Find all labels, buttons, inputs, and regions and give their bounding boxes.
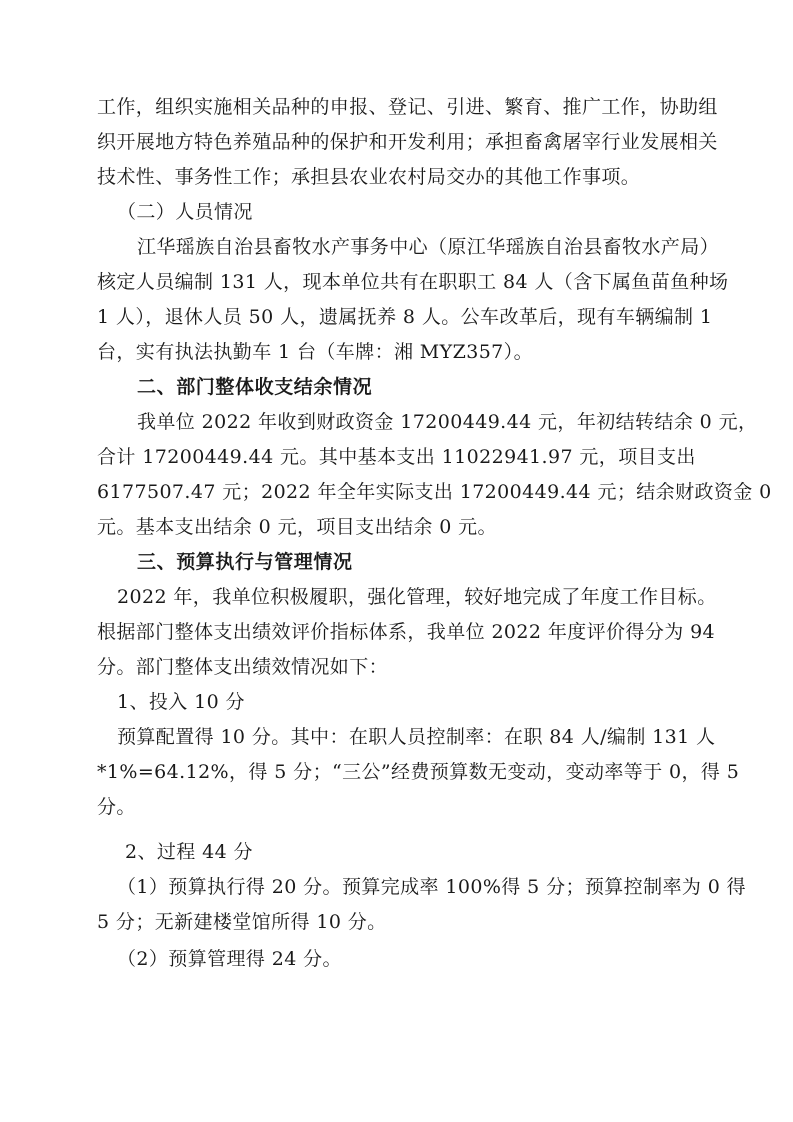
list-item-process-score: 2、过程 44 分 <box>125 835 253 870</box>
paragraph-line: 2022 年，我单位积极履职，强化管理，较好地完成了年度工作目标。 <box>117 580 717 615</box>
paragraph-line: 6177507.47 元；2022 年全年实际支出 17200449.44 元；… <box>97 475 772 510</box>
paragraph-line: （2）预算管理得 24 分。 <box>117 942 342 977</box>
paragraph-line: 台，实有执法执勤车 1 台（车牌：湘 MYZ357）。 <box>97 335 533 370</box>
paragraph-line: 技术性、事务性工作；承担县农业农村局交办的其他工作事项。 <box>97 160 640 195</box>
paragraph-line: 预算配置得 10 分。其中：在职人员控制率：在职 84 人/编制 131 人 <box>117 720 715 755</box>
paragraph-line: （1）预算执行得 20 分。预算完成率 100%得 5 分；预算控制率为 0 得 <box>117 870 746 905</box>
paragraph-line: 1 人），退休人员 50 人，遗属抚养 8 人。公车改革后，现有车辆编制 1 <box>97 300 712 335</box>
paragraph-line: 根据部门整体支出绩效评价指标体系，我单位 2022 年度评价得分为 94 <box>97 615 715 650</box>
paragraph-line: *1%=64.12%，得 5 分；“三公”经费预算数无变动，变动率等于 0，得 … <box>97 755 739 790</box>
subheading-personnel: （二）人员情况 <box>117 195 253 230</box>
paragraph-line: 合计 17200449.44 元。其中基本支出 11022941.97 元，项目… <box>97 440 696 475</box>
paragraph-line: 织开展地方特色养殖品种的保护和开发利用；承担畜禽屠宰行业发展相关 <box>97 125 718 160</box>
paragraph-line: 江华瑶族自治县畜牧水产事务中心（原江华瑶族自治县畜牧水产局） <box>137 230 719 265</box>
section-heading-budget-execution: 三、预算执行与管理情况 <box>137 545 353 580</box>
paragraph-line: 元。基本支出结余 0 元，项目支出结余 0 元。 <box>97 510 497 545</box>
paragraph-line: 5 分；无新建楼堂馆所得 10 分。 <box>97 905 387 940</box>
paragraph-line: 分。 <box>97 790 136 825</box>
list-item-input-score: 1、投入 10 分 <box>117 685 245 720</box>
paragraph-line: 核定人员编制 131 人，现本单位共有在职职工 84 人（含下属鱼苗鱼种场 <box>97 265 728 300</box>
paragraph-line: 我单位 2022 年收到财政资金 17200449.44 元，年初结转结余 0 … <box>137 405 757 440</box>
paragraph-line: 工作，组织实施相关品种的申报、登记、引进、繁育、推广工作，协助组 <box>97 90 718 125</box>
section-heading-income-expense: 二、部门整体收支结余情况 <box>137 370 372 405</box>
paragraph-line: 分。部门整体支出绩效情况如下： <box>97 650 388 685</box>
